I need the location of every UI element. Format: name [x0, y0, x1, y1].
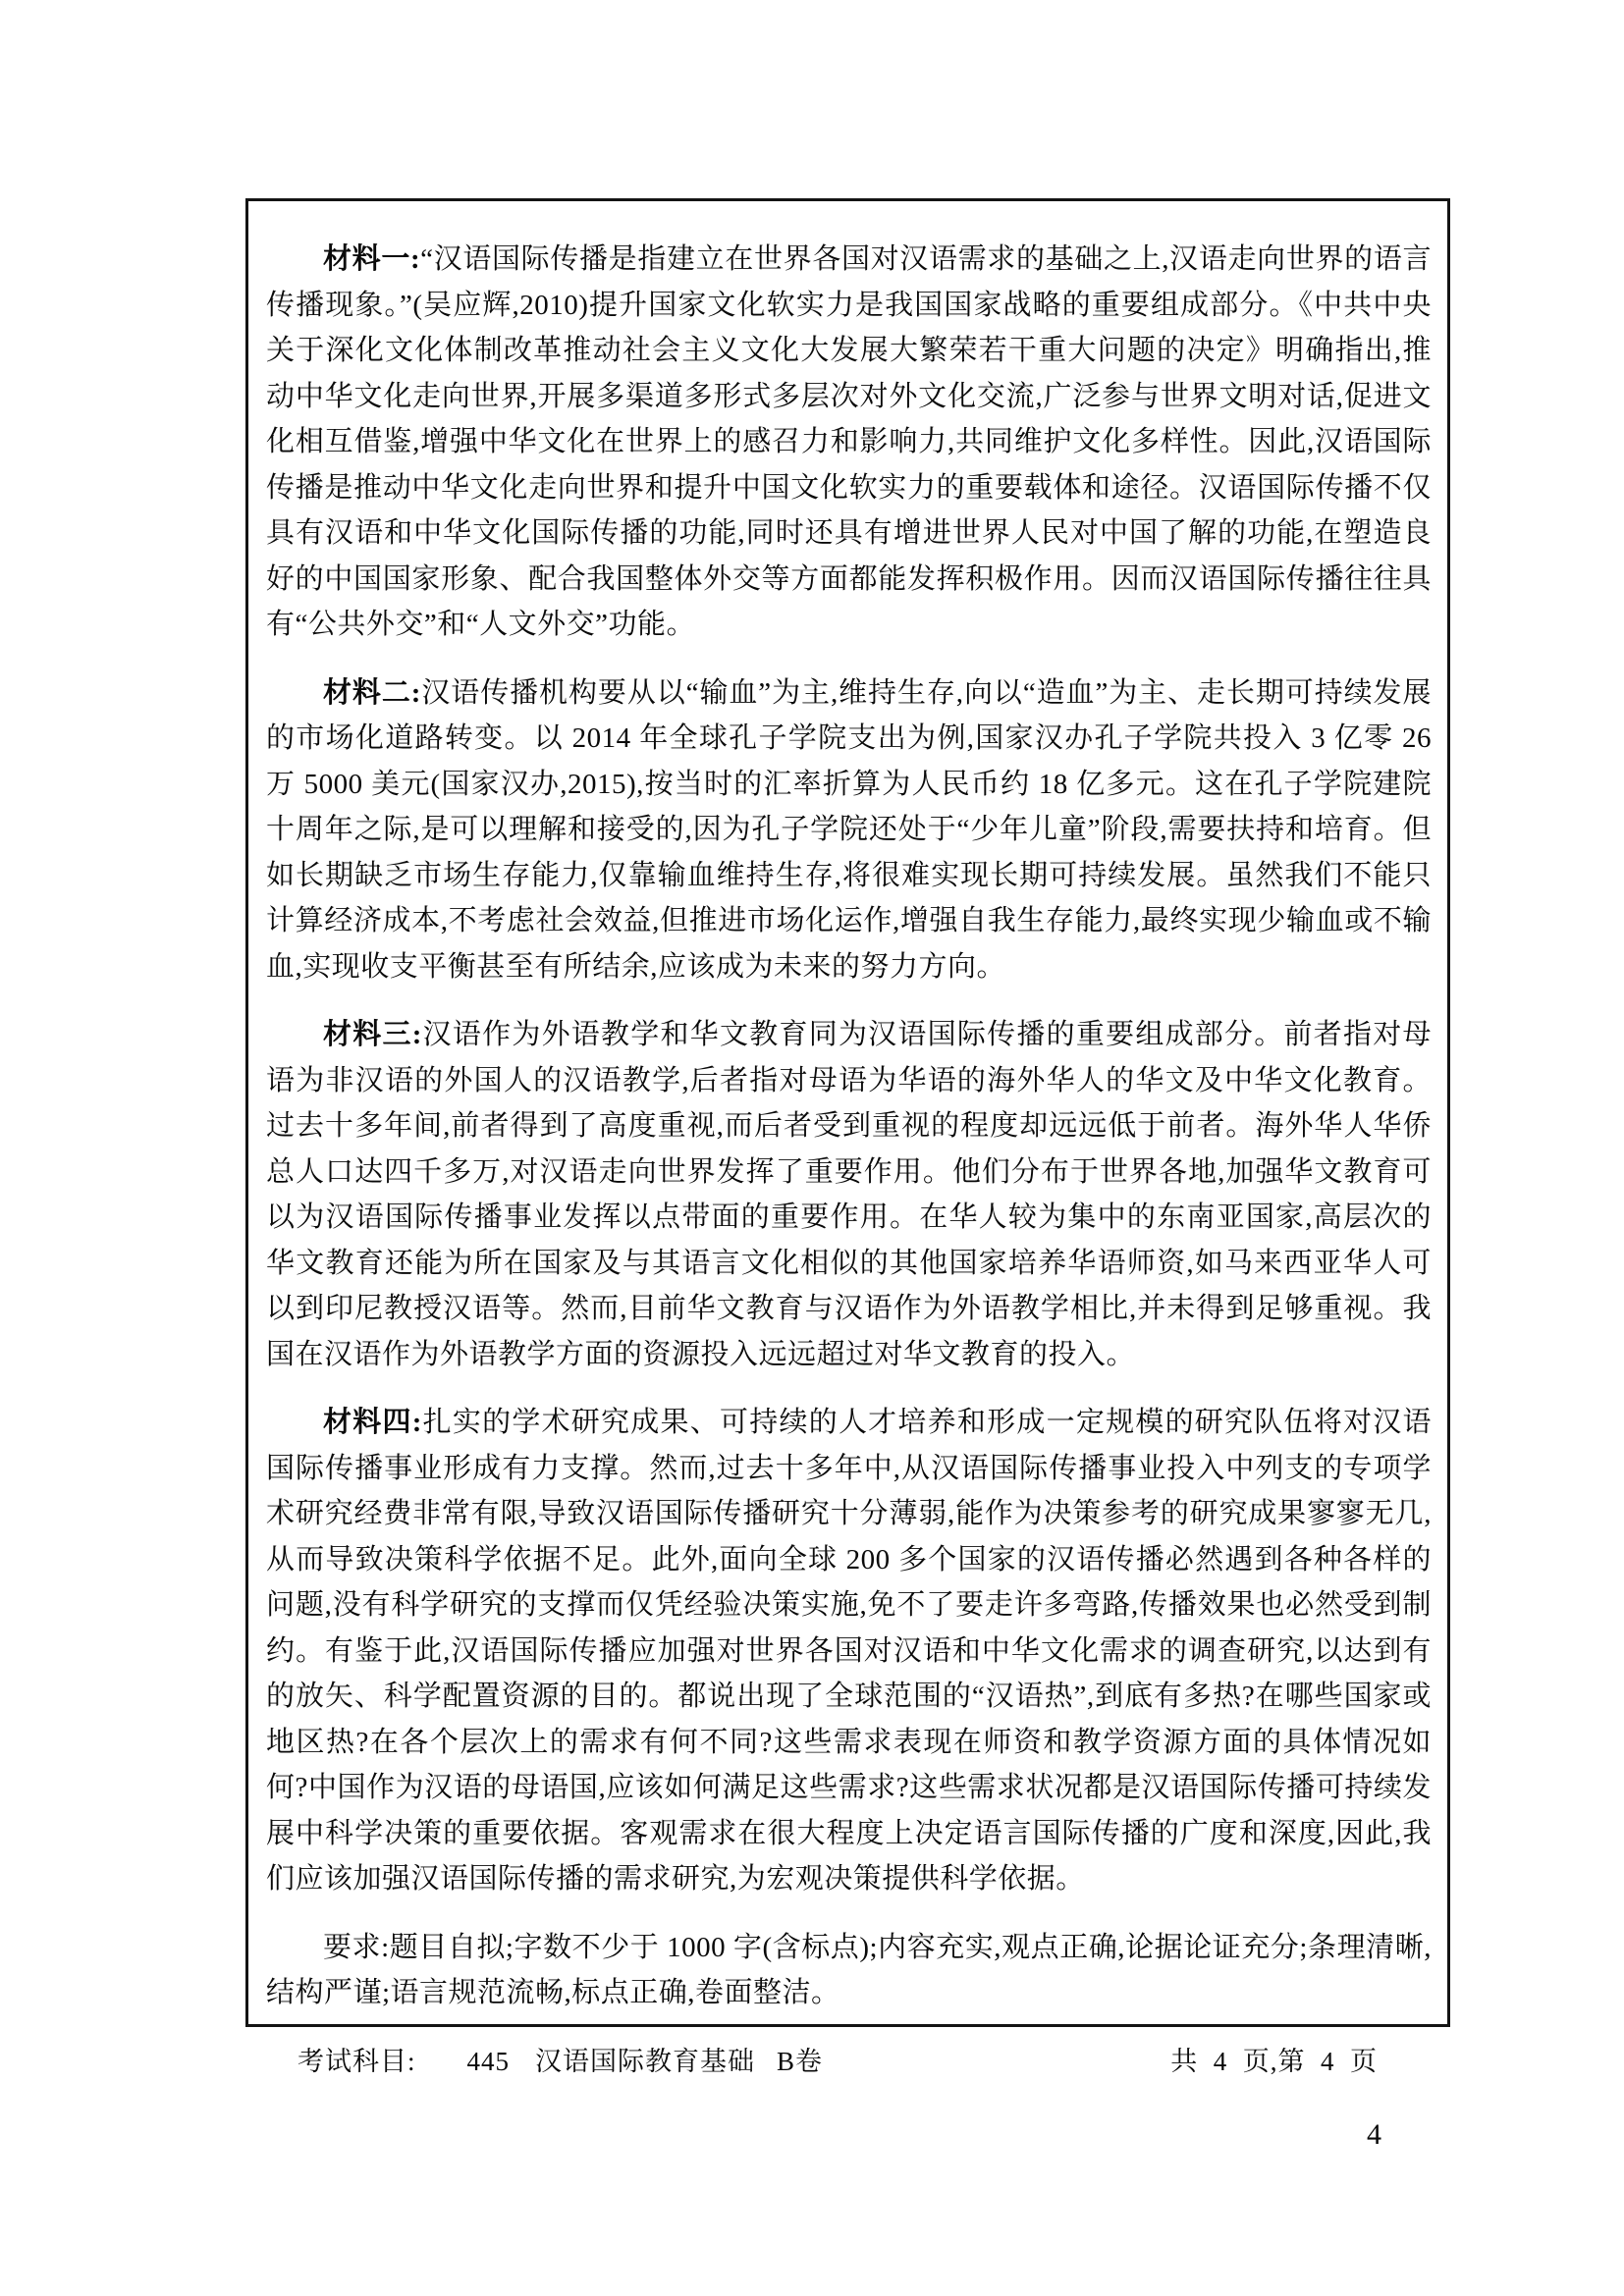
subject-code: 445 — [467, 2047, 511, 2076]
footer-pagination: 共 4 页,第 4 页 — [1170, 2040, 1378, 2078]
page-footer: 考试科目:445汉语国际教育基础B卷 共 4 页,第 4 页 — [298, 2040, 1378, 2078]
requirements-label: 要求: — [323, 1932, 390, 1963]
exam-paper-page: 材料一:“汉语国际传播是指建立在世界各国对汉语需求的基础之上,汉语走向世界的语言… — [0, 0, 1624, 2296]
material-3-text: 汉语作为外语教学和华文教育同为汉语国际传播的重要组成部分。前者指对母语为非汉语的… — [266, 1019, 1432, 1370]
material-2-label: 材料二: — [323, 677, 421, 709]
material-paragraph-3: 材料三:汉语作为外语教学和华文教育同为汉语国际传播的重要组成部分。前者指对母语为… — [266, 1012, 1432, 1377]
material-4-text: 扎实的学术研究成果、可持续的人才培养和形成一定规模的研究队伍将对汉语国际传播事业… — [266, 1407, 1432, 1895]
material-paragraph-4: 材料四:扎实的学术研究成果、可持续的人才培养和形成一定规模的研究队伍将对汉语国际… — [266, 1400, 1432, 1902]
requirements-paragraph: 要求:题目自拟;字数不少于 1000 字(含标点);内容充实,观点正确,论据论证… — [266, 1925, 1432, 2016]
subject-name: 汉语国际教育基础 — [535, 2047, 755, 2076]
material-1-label: 材料一: — [323, 243, 420, 275]
material-1-text: “汉语国际传播是指建立在世界各国对汉语需求的基础之上,汉语走向世界的语言传播现象… — [266, 243, 1432, 640]
document-content: 材料一:“汉语国际传播是指建立在世界各国对汉语需求的基础之上,汉语走向世界的语言… — [248, 201, 1447, 2016]
paper-variant: B卷 — [777, 2047, 823, 2076]
material-paragraph-2: 材料二:汉语传播机构要从以“输血”为主,维持生存,向以“造血”为主、走长期可持续… — [266, 670, 1432, 990]
material-paragraph-1: 材料一:“汉语国际传播是指建立在世界各国对汉语需求的基础之上,汉语走向世界的语言… — [266, 237, 1432, 648]
material-4-label: 材料四: — [323, 1407, 422, 1438]
requirements-text: 题目自拟;字数不少于 1000 字(含标点);内容充实,观点正确,论据论证充分;… — [266, 1932, 1432, 2009]
document-border: 材料一:“汉语国际传播是指建立在世界各国对汉语需求的基础之上,汉语走向世界的语言… — [245, 198, 1450, 2027]
page-number: 4 — [1367, 2118, 1381, 2152]
material-2-text: 汉语传播机构要从以“输血”为主,维持生存,向以“造血”为主、走长期可持续发展的市… — [266, 677, 1432, 983]
footer-subject: 考试科目:445汉语国际教育基础B卷 — [298, 2040, 823, 2078]
subject-label: 考试科目: — [298, 2047, 416, 2076]
material-3-label: 材料三: — [323, 1019, 422, 1050]
